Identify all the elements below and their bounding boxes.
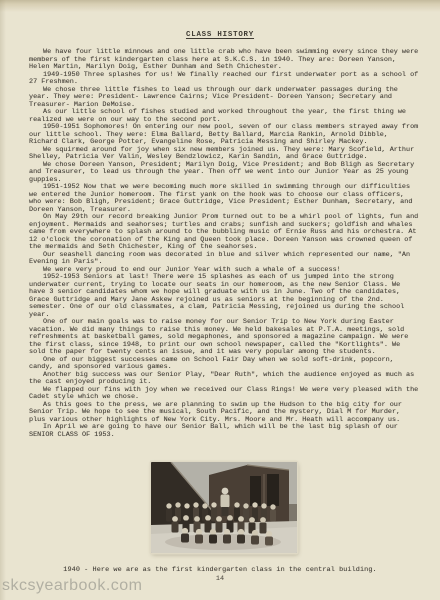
history-paragraph: 1952-1953 Seniors at last! There were 15… <box>29 274 420 319</box>
class-history-text: We have four little minnows and one litt… <box>29 49 420 439</box>
history-paragraph: In April we are going to have our Senior… <box>29 424 420 439</box>
history-paragraph: 1949-1950 Three splashes for us! We fina… <box>29 72 420 87</box>
photo-illustration <box>151 462 297 553</box>
history-paragraph: On May 29th our record breaking Junior P… <box>29 214 420 252</box>
history-paragraph: 1951-1952 Now that we were becoming much… <box>29 184 420 214</box>
kindergarten-class-photo <box>151 462 297 553</box>
yearbook-page: CLASS HISTORY We have four little minnow… <box>0 0 440 600</box>
history-paragraph: One of our biggest successes came on Sch… <box>29 357 420 372</box>
history-paragraph: Our seashell dancing room was decorated … <box>29 252 420 267</box>
history-paragraph: We chose three little fishes to lead us … <box>29 87 420 110</box>
page-left-edge <box>0 0 6 600</box>
page-top-edge <box>0 0 440 12</box>
history-paragraph: We flapped our fins with joy when we rec… <box>29 387 420 402</box>
history-paragraph: We chose Doreen Yanson, President; Maril… <box>29 162 420 185</box>
page-title: CLASS HISTORY <box>0 31 440 39</box>
history-paragraph: As our little school of fishes studied a… <box>29 109 420 124</box>
history-paragraph: 1950-1951 Sophomores! On entering our ne… <box>29 124 420 147</box>
history-paragraph: As this goes to the press, we are planni… <box>29 402 420 425</box>
history-paragraph: Another big success was our Senior Play,… <box>29 372 420 387</box>
history-paragraph: We squirmed around for joy when six new … <box>29 147 420 162</box>
history-paragraph: We have four little minnows and one litt… <box>29 49 420 72</box>
photo-caption: 1940 - Here we are as the first kinderga… <box>0 566 440 574</box>
history-paragraph: One of our main goals was to raise money… <box>29 319 420 357</box>
watermark: skcsyearbook.com <box>2 577 143 595</box>
